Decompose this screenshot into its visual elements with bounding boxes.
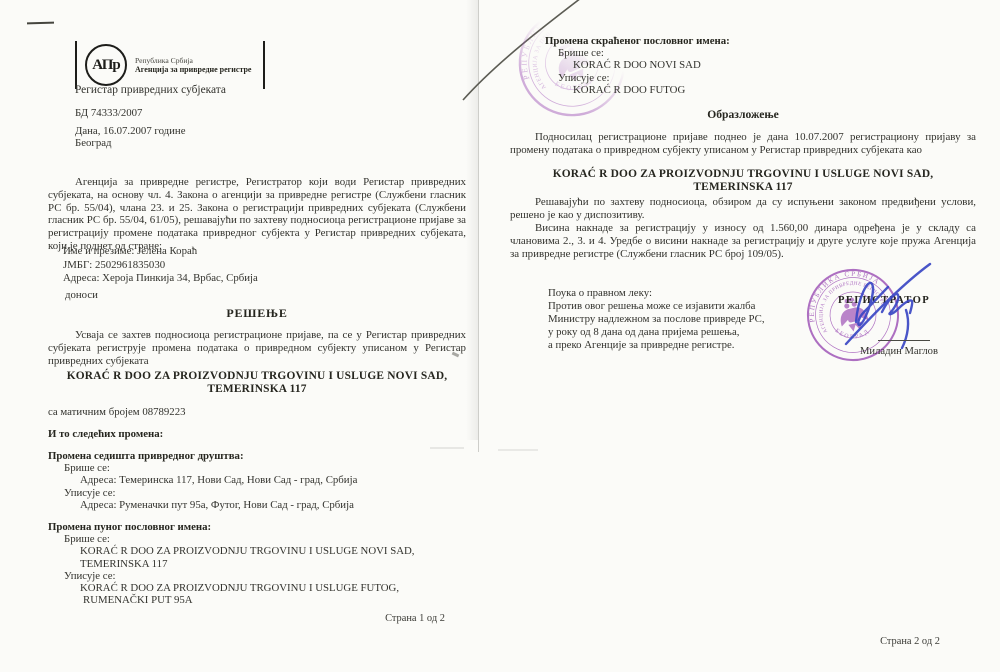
company-name-line1: KORAĆ R DOO ZA PROIZVODNJU TRGOVINU I US… (48, 370, 466, 383)
delete-label: Брише се: (558, 47, 730, 59)
register-line: Регистар привредних субјеката (75, 84, 226, 96)
donosi-word: доноси (65, 289, 98, 301)
remedy-line4: а преко Агенције за привредне регистре. (548, 339, 765, 351)
apr-logo: АПр Република Србија Агенција за привред… (75, 40, 265, 90)
applicant-jmbg: ЈМБГ: 2502961835030 (63, 259, 258, 271)
applicant-block: Име и презиме: Јелена Кораћ ЈМБГ: 250296… (63, 245, 258, 285)
page-2: РЕПУБЛИКА СРБИЈА АГЕНЦИЈА ЗА ПРИВРЕДНЕ Р… (478, 0, 1000, 672)
logo-left-bar-icon (75, 41, 77, 89)
date-line: Дана, 16.07.2007 године (75, 125, 186, 137)
signature-line (878, 340, 930, 341)
short-old-name: KORAĆ R DOO NOVI SAD (573, 59, 730, 71)
short-new-name: KORAĆ R DOO FUTOG (573, 84, 730, 96)
change-full-name-section: Промена пуног пословног имена: Брише се:… (48, 521, 415, 606)
change-short-name-section: Промена скраћеног пословног имена: Брише… (545, 35, 730, 96)
name-old-line2: TEMERINSKA 117 (80, 558, 415, 570)
applicant-address: Адреса: Хероја Пинкија 34, Врбас, Србија (63, 272, 258, 284)
page-1: АПр Република Србија Агенција за привред… (0, 0, 480, 672)
change-short-title: Промена скраћеног пословног имена: (545, 35, 730, 47)
rationale-paragraph-2: Решавајући по захтеву подносиоца, обзиро… (510, 196, 976, 222)
company-heading-p1: KORAĆ R DOO ZA PROIZVODNJU TRGOVINU I US… (48, 370, 466, 396)
city-line: Београд (75, 137, 112, 149)
remedy-line1: Против овог решења може се изјавити жалб… (548, 300, 765, 312)
page2-footer: Страна 2 од 2 (860, 636, 960, 647)
rationale-title: Образложење (510, 108, 976, 121)
insert-label: Уписује се: (64, 487, 357, 499)
logo-right-bar-icon (263, 41, 265, 89)
seat-new-address: Адреса: Руменачки пут 95а, Футог, Нови С… (80, 499, 357, 511)
matbr-line: са матичним бројем 08789223 (48, 406, 186, 418)
logo-agency: Агенција за привредне регистре (135, 65, 251, 75)
delete-label: Брише се: (64, 533, 415, 545)
insert-label: Уписује се: (64, 570, 415, 582)
scanned-document: АПр Република Србија Агенција за привред… (0, 0, 1000, 672)
remedy-line3: у року од 8 дана од дана пријема решења, (548, 326, 765, 338)
insert-label: Уписује се: (558, 72, 730, 84)
page1-footer: Страна 1 од 2 (365, 613, 465, 624)
delete-label: Брише се: (64, 462, 357, 474)
company-name-line1: KORAĆ R DOO ZA PROIZVODNJU TRGOVINU I US… (510, 168, 976, 181)
remedy-title: Поука о правном леку: (548, 287, 765, 299)
changes-intro: И то следећих промена: (48, 428, 163, 440)
applicant-name: Име и презиме: Јелена Кораћ (63, 245, 258, 257)
name-old-line1: KORAĆ R DOO ZA PROIZVODNJU TRGOVINU I US… (80, 545, 415, 557)
change-seat-title: Промена седишта привредног друштва: (48, 450, 357, 462)
decision-paragraph: Усваја се захтев подносиоца регистрацион… (48, 329, 466, 367)
change-seat-section: Промена седишта привредног друштва: Бриш… (48, 450, 357, 511)
remedy-line2: Министру надлежном за послове привреде Р… (548, 313, 765, 325)
logo-country: Република Србија (135, 56, 251, 65)
rationale-paragraph-1: Подносилац регистрационе пријаве поднео … (510, 131, 976, 157)
rationale-paragraph-3: Висина накнаде за регистрацију у износу … (510, 222, 976, 260)
name-new-line2: RUMENAČKI PUT 95A (83, 594, 415, 606)
company-name-line2: TEMERINSKA 117 (510, 181, 976, 194)
apr-monogram-icon: АПр (85, 44, 127, 86)
legal-remedy-block: Поука о правном леку: Против овог решења… (548, 287, 765, 351)
company-heading-p2: KORAĆ R DOO ZA PROIZVODNJU TRGOVINU I US… (510, 168, 976, 194)
logo-text: Република Србија Агенција за привредне р… (135, 56, 251, 75)
case-number: БД 74333/2007 (75, 107, 142, 119)
decision-title: РЕШЕЊЕ (48, 306, 466, 321)
company-name-line2: TEMERINSKA 117 (48, 383, 466, 396)
registrar-name: Миладин Маглов (860, 346, 938, 358)
seat-old-address: Адреса: Темеринска 117, Нови Сад, Нови С… (80, 474, 357, 486)
change-name-title: Промена пуног пословног имена: (48, 521, 415, 533)
name-new-line1: KORAĆ R DOO ZA PROIZVODNJU TRGOVINU I US… (80, 582, 415, 594)
intro-paragraph: Агенција за привредне регистре, Регистра… (48, 176, 466, 253)
